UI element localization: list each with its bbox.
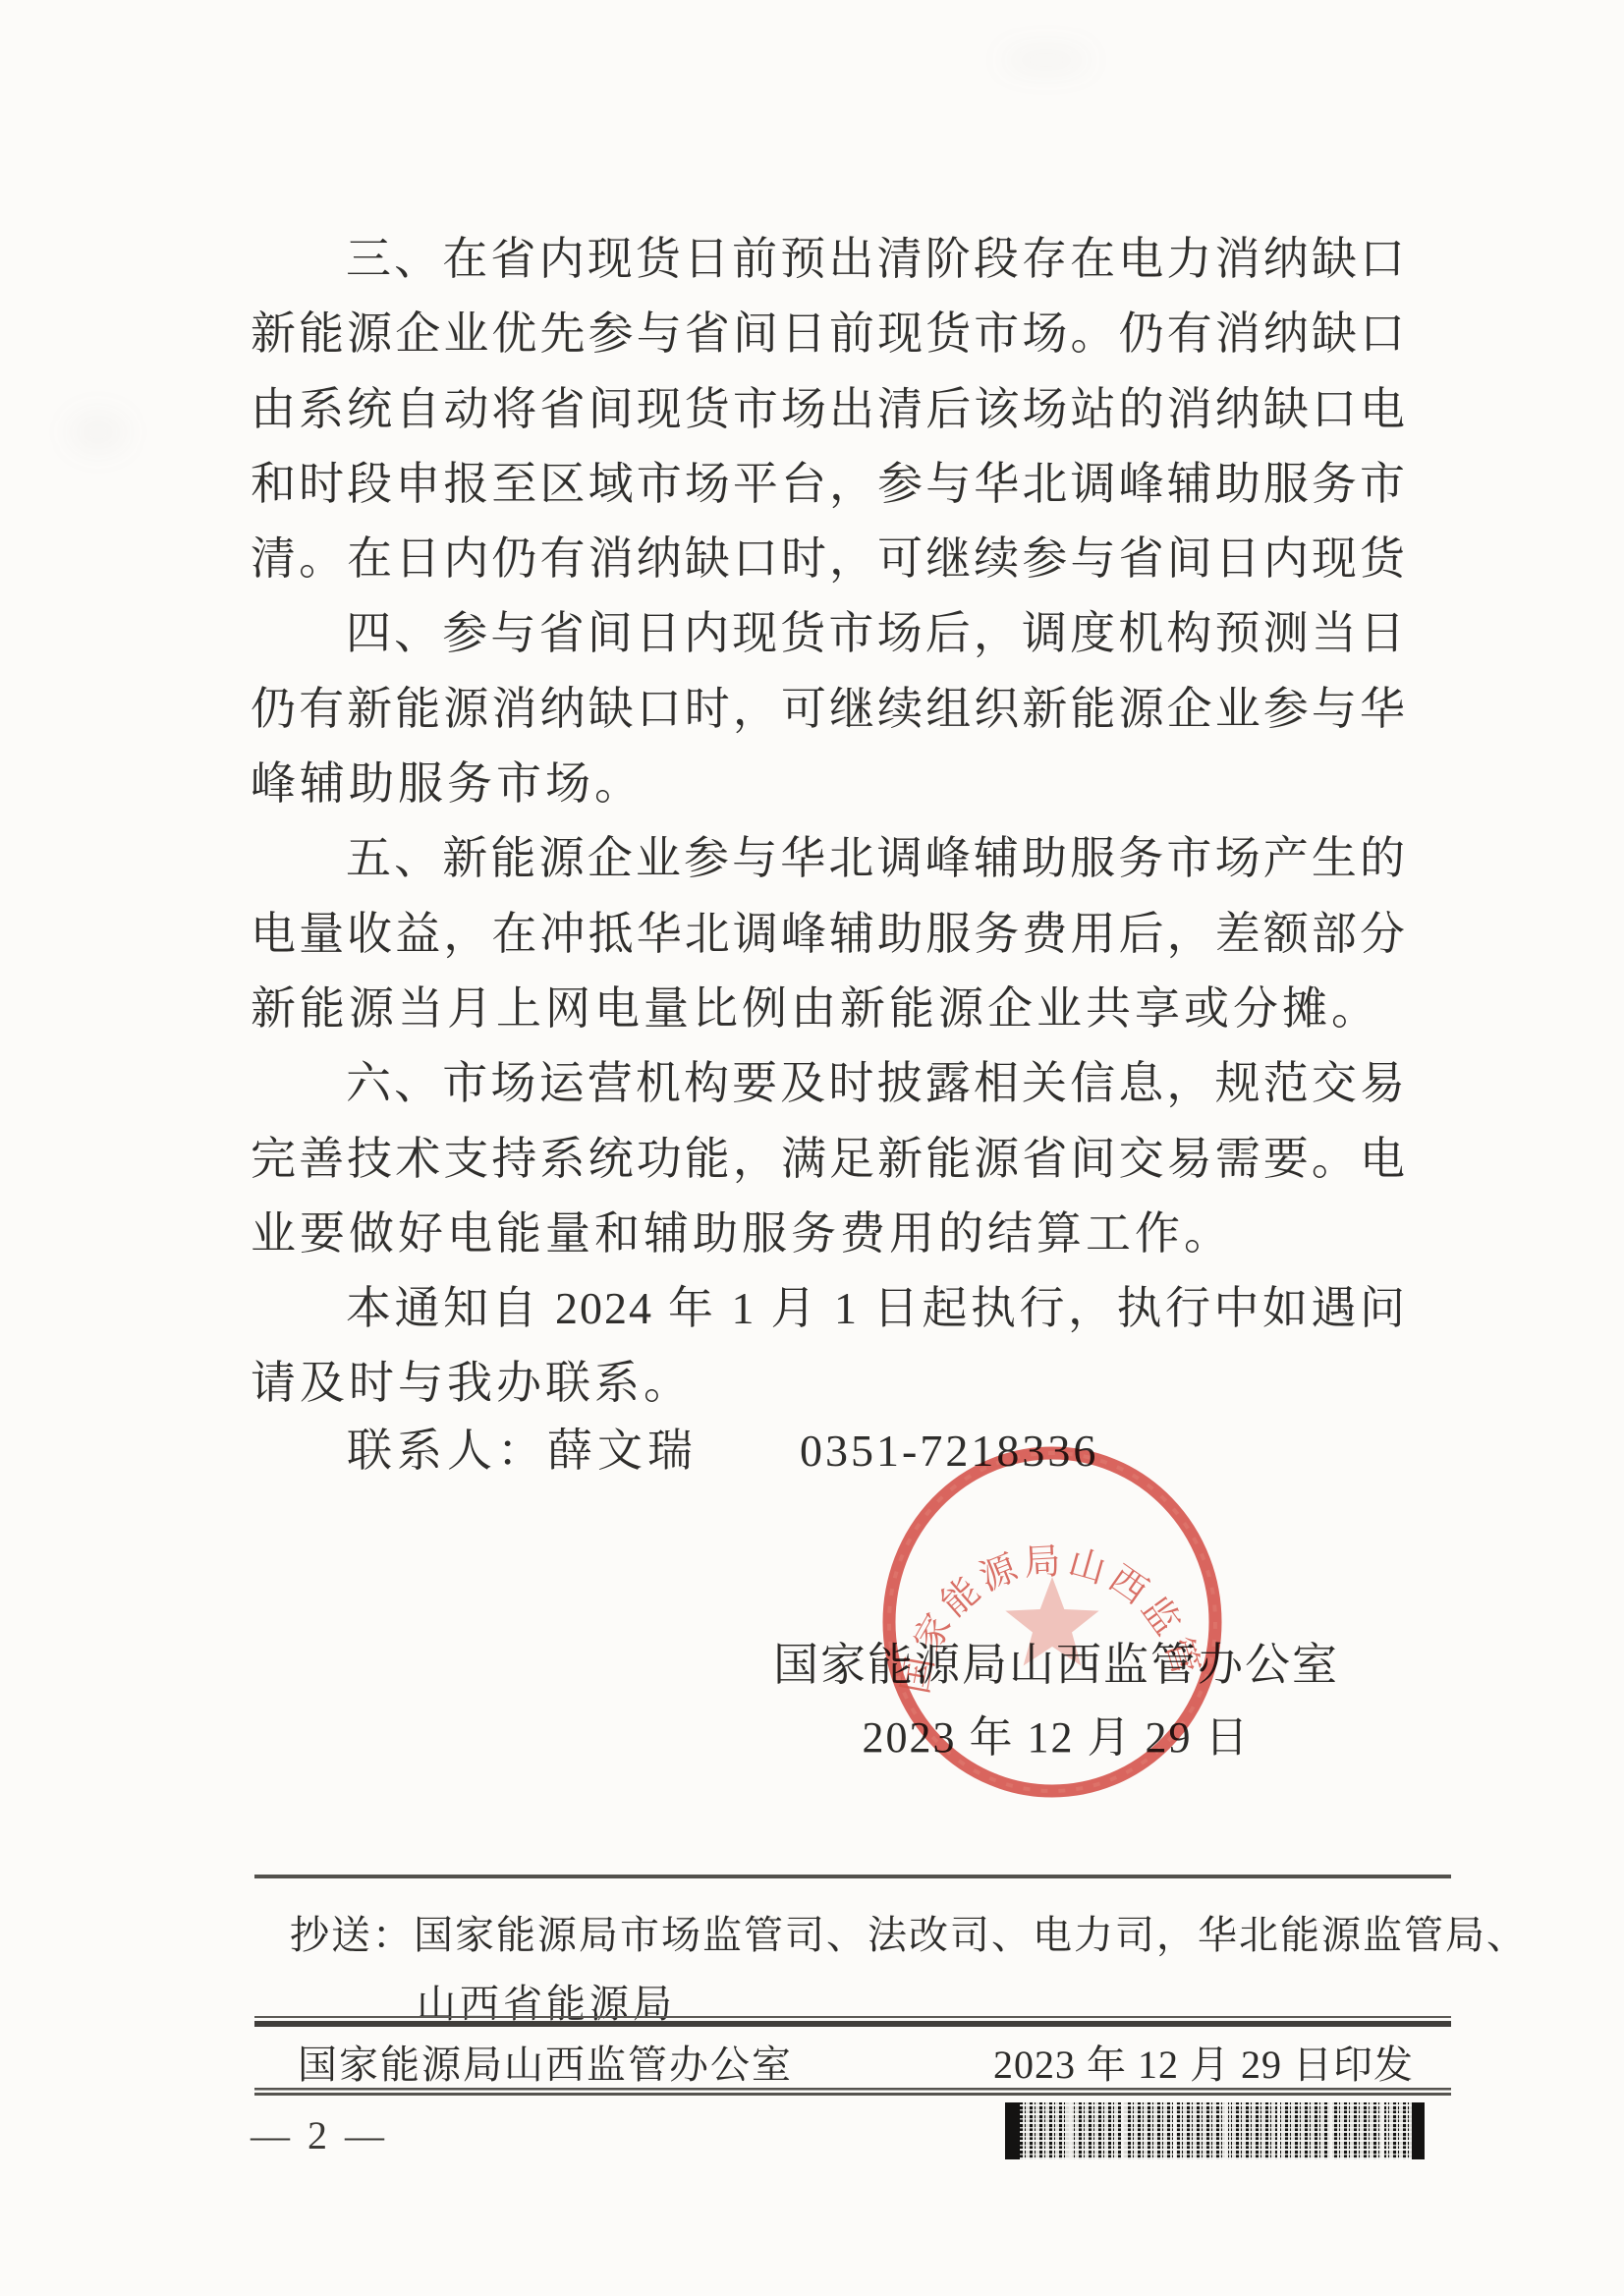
paragraph-line: 六、市场运营机构要及时披露相关信息，规范交易组织，	[251, 1046, 1407, 1121]
footer-rule-middle	[254, 2016, 1451, 2027]
contact-line: 联系人：薛文瑞 0351-7218336	[347, 1415, 1098, 1480]
issuer-bar: 国家能源局山西监管办公室 2023 年 12 月 29 日印发	[298, 2034, 1414, 2090]
paragraph-line: 和时段申报至区域市场平台，参与华北调峰辅助服务市场出	[251, 447, 1407, 522]
signature-date: 2023 年 12 月 29 日	[766, 1702, 1346, 1764]
print-date: 2023 年 12 月 29 日印发	[993, 2034, 1414, 2090]
barcode	[1005, 2102, 1425, 2159]
paragraph-line: 三、在省内现货日前预出清阶段存在电力消纳缺口时，	[251, 222, 1407, 297]
signature-org: 国家能源局山西监管办公室	[766, 1629, 1346, 1694]
paragraph-line: 清。在日内仍有消纳缺口时，可继续参与省间日内现货市场。	[251, 522, 1407, 596]
scan-smudge	[1002, 47, 1091, 73]
paragraph-line: 五、新能源企业参与华北调峰辅助服务市场产生的增供	[251, 821, 1407, 896]
document-page: 三、在省内现货日前预出清阶段存在电力消纳缺口时， 新能源企业优先参与省间日前现货…	[0, 0, 1624, 2296]
paragraph-line: 本通知自 2024 年 1 月 1 日起执行，执行中如遇问题，	[251, 1271, 1407, 1346]
paragraph-line: 峰辅助服务市场。	[251, 747, 1407, 821]
footer-rule-top	[254, 1875, 1451, 1878]
paragraph-line: 请及时与我办联系。	[251, 1346, 1407, 1421]
paragraph-line: 新能源企业优先参与省间日前现货市场。仍有消纳缺口的，	[251, 297, 1407, 371]
paragraph-line: 四、参与省间日内现货市场后，调度机构预测当日全省	[251, 596, 1407, 671]
paragraph-line: 仍有新能源消纳缺口时，可继续组织新能源企业参与华北调	[251, 672, 1407, 747]
paragraph-line: 业要做好电能量和辅助服务费用的结算工作。	[251, 1197, 1407, 1271]
paragraph-line: 完善技术支持系统功能，满足新能源省间交易需要。电网企	[251, 1122, 1407, 1197]
cc-note-line1: 抄送：国家能源局市场监管司、法改司、电力司，华北能源监管局、	[290, 1904, 1449, 1960]
scan-smudge	[69, 413, 128, 452]
page-number: — 2 —	[251, 2112, 388, 2158]
contact-phone: 0351-7218336	[800, 1425, 1098, 1477]
document-body: 三、在省内现货日前预出清阶段存在电力消纳缺口时， 新能源企业优先参与省间日前现货…	[251, 222, 1407, 1422]
paragraph-line: 由系统自动将省间现货市场出清后该场站的消纳缺口电力	[251, 372, 1407, 447]
footer-rule-bottom	[254, 2088, 1451, 2096]
paragraph-line: 电量收益，在冲抵华北调峰辅助服务费用后，差额部分按照	[251, 897, 1407, 972]
issuer-name: 国家能源局山西监管办公室	[298, 2034, 793, 2090]
contact-person: 联系人：薛文瑞	[347, 1415, 698, 1480]
paragraph-line: 新能源当月上网电量比例由新能源企业共享或分摊。	[251, 972, 1407, 1046]
